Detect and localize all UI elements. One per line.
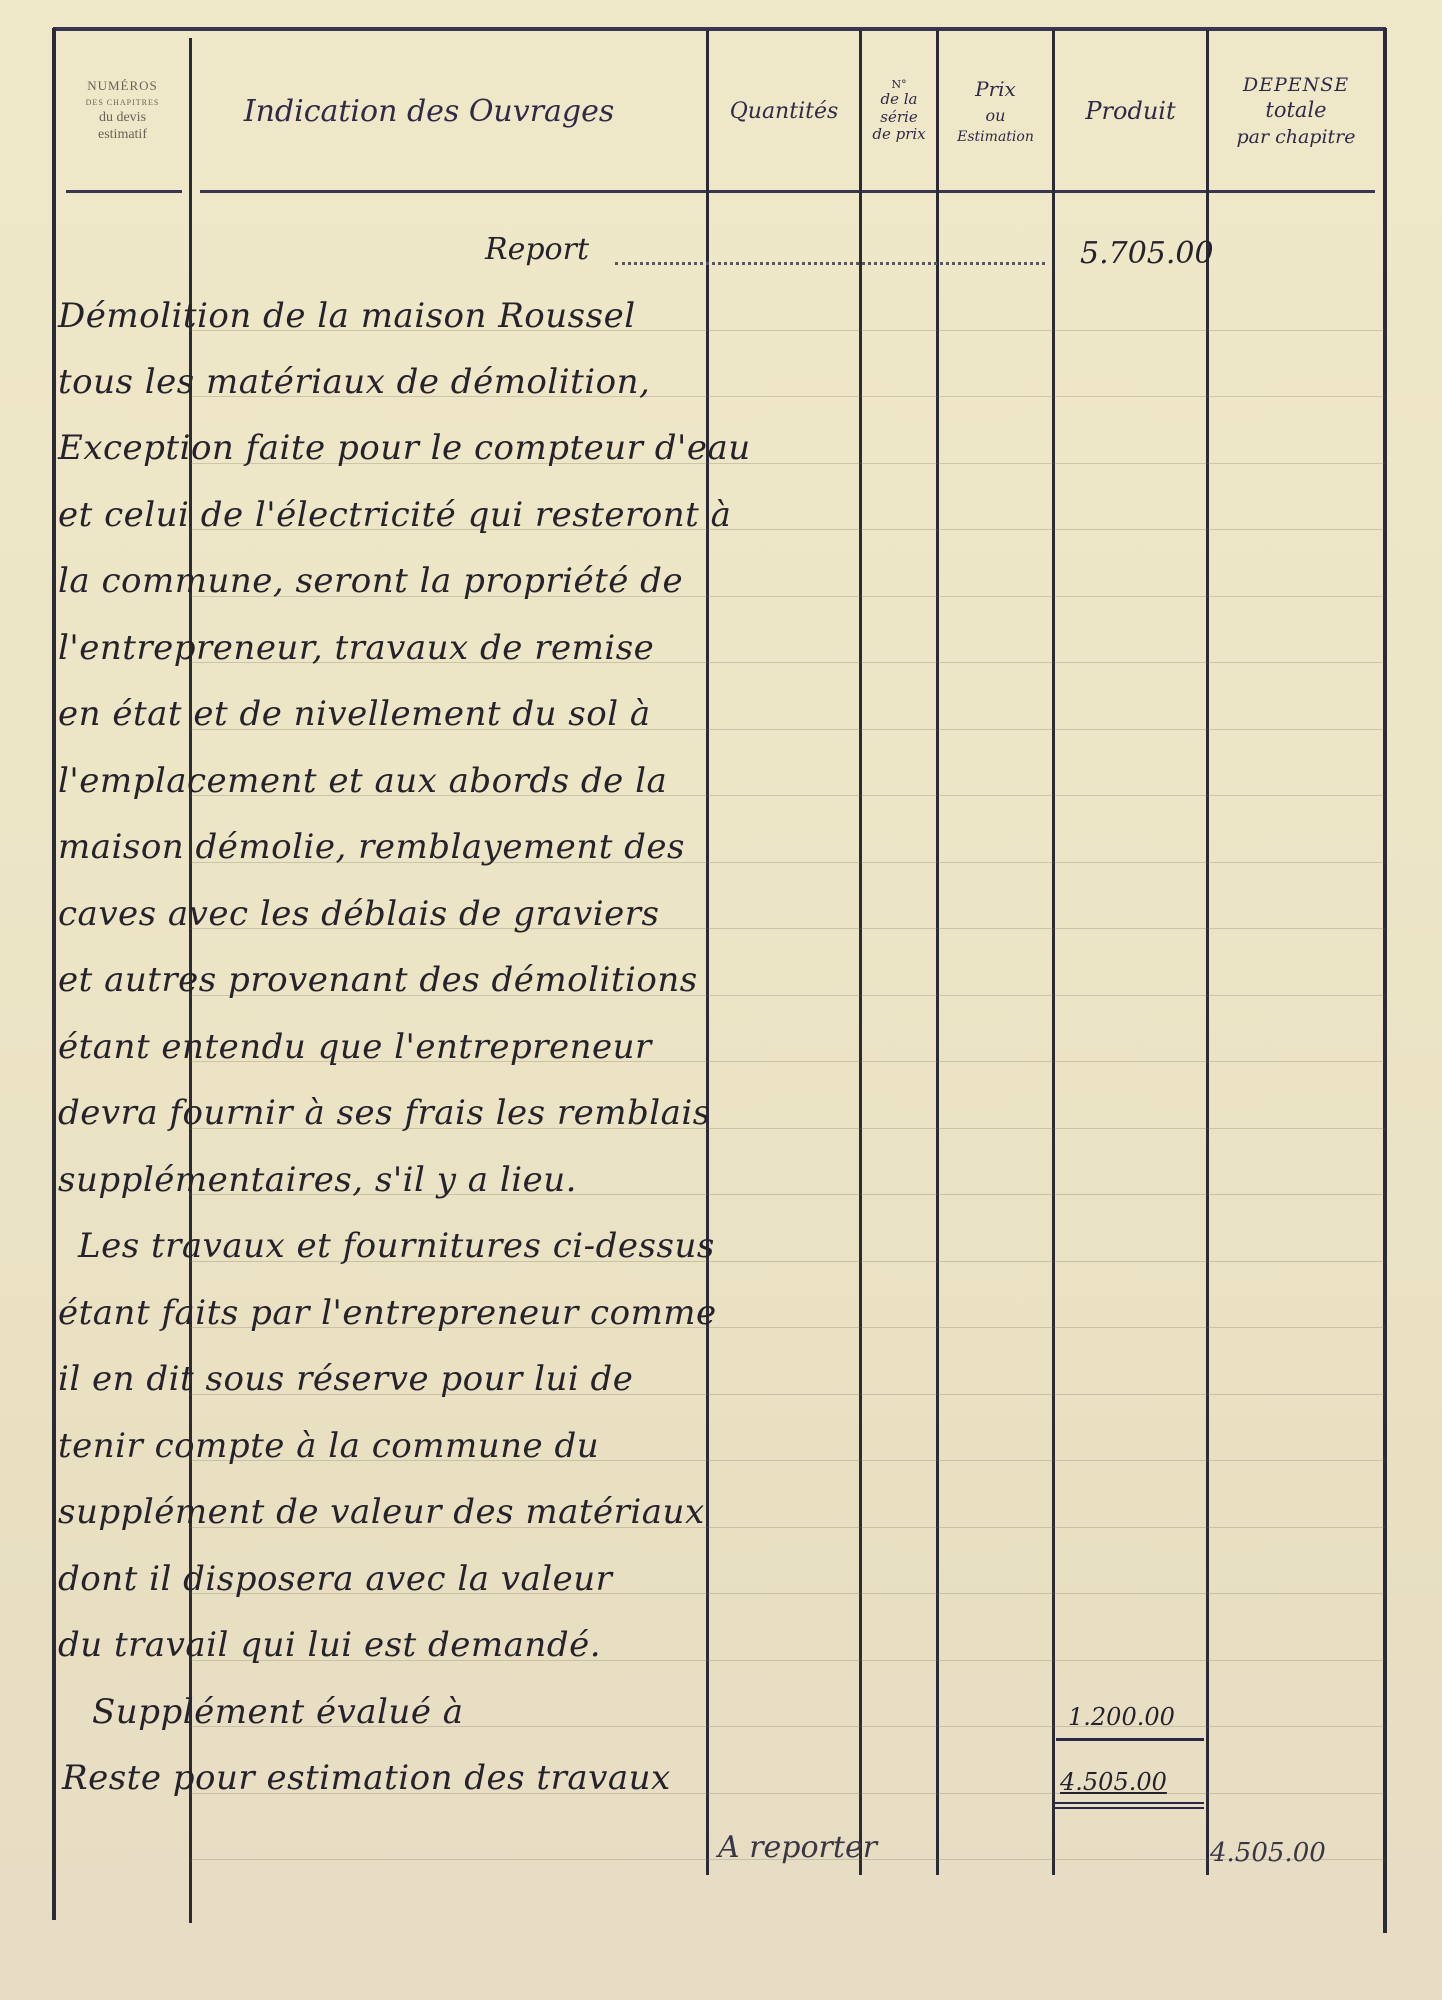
header-prix: Prix ou Estimation — [939, 32, 1052, 190]
a-reporter-label: A reporter — [718, 1830, 877, 1865]
header-produit-label: Produit — [1085, 97, 1175, 125]
body-line: du travail qui lui est demandé. — [58, 1625, 601, 1665]
body-line: Les travaux et fournitures ci-dessus — [78, 1226, 715, 1266]
header-prix-line3: Estimation — [957, 127, 1034, 147]
header-prix-line1: Prix — [975, 75, 1016, 104]
body-line: et autres provenant des démolitions — [58, 960, 698, 1000]
body-line: en état et de nivellement du sol à — [58, 694, 651, 734]
header-depense: DEPENSE totale par chapitre — [1209, 32, 1383, 190]
header-numeros: NUMÉROS DES CHAPITRES du devis estimatif — [56, 32, 189, 190]
header-depense-line1: DEPENSE — [1243, 73, 1349, 98]
body-line: l'entrepreneur, travaux de remise — [58, 628, 654, 668]
header-numeros-line4: estimatif — [98, 127, 147, 144]
header-indication: Indication des Ouvrages — [192, 32, 706, 190]
body-line: et celui de l'électricité qui resteront … — [58, 495, 731, 535]
reste-produit-value: 4.505.00 — [1060, 1768, 1167, 1796]
header-numeros-line2: DES CHAPITRES — [86, 98, 160, 108]
supplement-produit-value: 1.200.00 — [1068, 1703, 1175, 1731]
header-bottom-rule — [200, 190, 1375, 193]
reste-double-underline-2 — [1054, 1807, 1204, 1809]
body-line: caves avec les déblais de graviers — [58, 894, 659, 934]
body-line: supplémentaires, s'il y a lieu. — [58, 1160, 577, 1200]
header-depense-line2: totale — [1265, 97, 1326, 124]
body-line: maison démolie, remblayement des — [58, 827, 685, 867]
header-serie-line3: série — [880, 109, 917, 126]
header-depense-line3: par chapitre — [1236, 125, 1355, 150]
header-numeros-line1: NUMÉROS — [87, 78, 158, 94]
reste-double-underline-1 — [1054, 1802, 1204, 1804]
right-outer-rule — [1383, 28, 1387, 1933]
ledger-page: NUMÉROS DES CHAPITRES du devis estimatif… — [0, 0, 1442, 2000]
body-line: dont il disposera avec la valeur — [58, 1559, 612, 1599]
body-line: l'emplacement et aux abords de la — [58, 761, 667, 801]
a-reporter-depense-value: 4.505.00 — [1210, 1838, 1326, 1868]
left-outer-rule — [52, 28, 56, 1920]
header-serie: N° de la série de prix — [862, 32, 936, 190]
header-bottom-rule-left — [66, 190, 182, 193]
report-produit-value: 5.705.00 — [1080, 236, 1214, 271]
header-quantites-label: Quantités — [730, 99, 839, 124]
body-line: la commune, seront la propriété de — [58, 561, 683, 601]
body-line: tenir compte à la commune du — [58, 1426, 599, 1466]
body-line: supplément de valeur des matériaux — [58, 1492, 705, 1532]
report-label: Report — [485, 232, 589, 267]
supplement-underline — [1056, 1738, 1204, 1741]
header-numeros-line3: du devis — [99, 110, 146, 127]
rule-produit — [1206, 30, 1209, 1875]
header-prix-line2: ou — [986, 104, 1006, 127]
header-serie-line2: de la — [881, 91, 918, 108]
body-line: devra fournir à ses frais les remblais — [58, 1093, 711, 1133]
reste-label: Reste pour estimation des travaux — [62, 1758, 671, 1798]
supplement-label: Supplément évalué à — [92, 1692, 464, 1732]
body-line: il en dit sous réserve pour lui de — [58, 1359, 633, 1399]
body-line: étant faits par l'entrepreneur comme — [58, 1293, 717, 1333]
rule-serie — [936, 30, 939, 1875]
header-produit: Produit — [1055, 32, 1206, 190]
body-line: tous les matériaux de démolition, — [58, 362, 650, 402]
rule-quantites — [859, 30, 862, 1875]
header-indication-label: Indication des Ouvrages — [244, 94, 615, 129]
rule-prix — [1052, 30, 1055, 1875]
header-quantites: Quantités — [709, 32, 859, 190]
header-serie-line4: de prix — [872, 126, 925, 143]
rule-indication — [706, 30, 709, 1875]
top-border — [53, 27, 1386, 31]
body-line: Démolition de la maison Roussel — [58, 296, 636, 336]
report-leader-dots — [615, 262, 1045, 265]
body-line: étant entendu que l'entrepreneur — [58, 1027, 652, 1067]
body-line: Exception faite pour le compteur d'eau — [58, 428, 751, 468]
